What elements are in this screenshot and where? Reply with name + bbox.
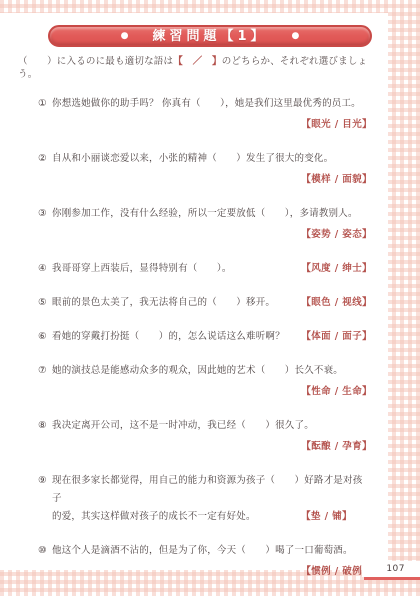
answer-options: 【体面 / 面子】 [295,328,372,346]
bullet-icon: ● [121,32,129,41]
answer-options: 【风度 / 绅士】 [295,260,372,278]
section-title: 練習問題【1】 [152,30,267,43]
question-text: 你刚参加工作，没有什么经验，所以一定要放低（ ），多请教别人。 [52,205,358,223]
question-item-8: ⑧ 我决定离开公司，这不是一时冲动，我已经（ ）很久了。 【酝酿 / 孕育】 [38,417,372,456]
instruction-choice-brackets: 【 ／ 】 [173,56,222,67]
answer-options: 【模样 / 面貌】 [301,174,372,185]
question-number: ④ [38,260,52,278]
bullet-icon: ● [292,32,300,41]
question-item-5: ⑤ 眼前的景色太美了，我无法将自己的（ ）移开。 【眼色 / 视线】 [38,294,372,312]
question-text: 现在很多家长都觉得，用自己的能力和资源为孩子（ ）好路才是对孩子 [52,472,372,508]
page-number-value: 107 [386,564,405,574]
question-number: ⑧ [38,417,52,435]
page-number-rule [364,577,420,580]
instruction-pre: （ ）に入るのに最も適切な語は [18,56,173,67]
question-item-7: ⑦ 她的演技总是能感动众多的观众，因此她的艺术（ ）长久不衰。 【性命 / 生命… [38,362,372,401]
question-text: 我哥哥穿上西装后，显得特别有（ ）。 [52,260,232,278]
question-number: ⑦ [38,362,52,380]
question-number: ⑤ [38,294,52,312]
gingham-border-right [388,0,420,596]
answer-options: 【性命 / 生命】 [301,386,372,397]
answer-options: 【眼色 / 视线】 [295,294,372,312]
question-text: 她的演技总是能感动众多的观众，因此她的艺术（ ）长久不衰。 [52,362,343,380]
answer-options: 【眼光 / 目光】 [301,119,372,130]
answer-options: 【姿势 / 姿态】 [301,229,372,240]
textbook-page: ● 練習問題【1】 ● （ ）に入るのに最も適切な語は【 ／ 】のどちらか、それ… [0,0,420,596]
question-number: ③ [38,205,52,223]
question-text-line2: 的爱，其实这样做对孩子的成长不一定有好处。 [52,508,256,526]
question-text: 自从和小丽谈恋爱以来，小张的精神（ ）发生了很大的变化。 [52,150,333,168]
question-number: ⑥ [38,328,52,346]
question-item-6: ⑥ 看她的穿戴打扮挺（ ）的，怎么说话这么难听啊？ 【体面 / 面子】 [38,328,372,346]
question-item-10: ⑩ 他这个人是滴酒不沾的，但是为了你，今天（ ）喝了一口葡萄酒。 【惯例 / 破… [38,542,372,581]
question-text: 你想选她做你的助手吗？ 你真有（ ），她是我们这里最优秀的员工。 [52,95,361,113]
question-text: 眼前的景色太美了，我无法将自己的（ ）移开。 [52,294,275,312]
question-text: 看她的穿戴打扮挺（ ）的，怎么说话这么难听啊？ [52,328,285,346]
answer-options: 【酝酿 / 孕育】 [301,441,372,452]
question-number: ⑨ [38,472,52,490]
answer-options: 【垫 / 铺】 [301,508,352,526]
question-item-2: ② 自从和小丽谈恋爱以来，小张的精神（ ）发生了很大的变化。 【模样 / 面貌】 [38,150,372,189]
question-text: 他这个人是滴酒不沾的，但是为了你，今天（ ）喝了一口葡萄酒。 [52,542,353,560]
section-header: ● 練習問題【1】 ● [48,25,372,47]
question-item-9: ⑨ 现在很多家长都觉得，用自己的能力和资源为孩子（ ）好路才是对孩子 的爱，其实… [38,472,372,526]
question-number: ② [38,150,52,168]
question-item-1: ① 你想选她做你的助手吗？ 你真有（ ），她是我们这里最优秀的员工。 【眼光 /… [38,95,372,134]
question-item-4: ④ 我哥哥穿上西装后，显得特别有（ ）。 【风度 / 绅士】 [38,260,372,278]
page-number: 107 [362,561,420,577]
question-item-3: ③ 你刚参加工作，没有什么经验，所以一定要放低（ ），多请教别人。 【姿势 / … [38,205,372,244]
question-text: 我决定离开公司，这不是一时冲动，我已经（ ）很久了。 [52,417,314,435]
question-list: ① 你想选她做你的助手吗？ 你真有（ ），她是我们这里最优秀的员工。 【眼光 /… [38,95,372,596]
question-number: ① [38,95,52,113]
instruction-text: （ ）に入るのに最も適切な語は【 ／ 】のどちらか、それぞれ選びましょう。 [18,55,382,81]
question-number: ⑩ [38,542,52,560]
gingham-border-top [0,0,420,13]
